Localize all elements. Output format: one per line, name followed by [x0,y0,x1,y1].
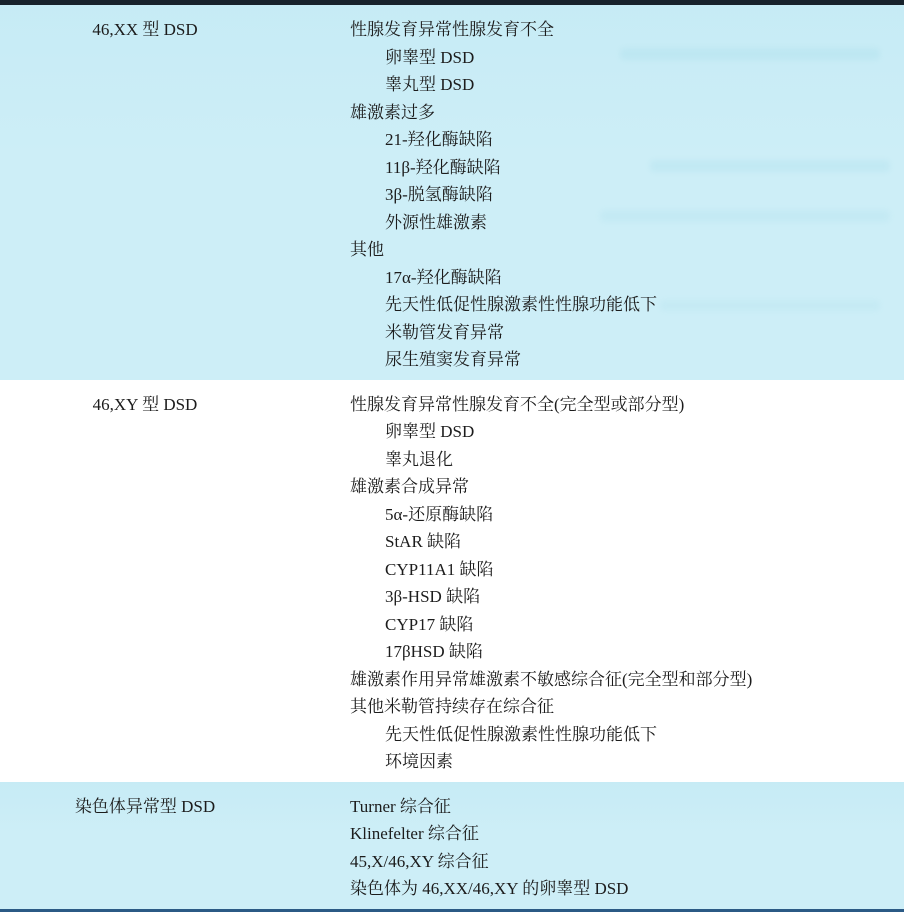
classification-item: 先天性低促性腺激素性性腺功能低下 [350,721,904,749]
dsd-classification-table: 46,XX 型 DSD性腺发育异常性腺发育不全卵睾型 DSD睾丸型 DSD雄激素… [0,5,904,909]
classification-item: 17α-羟化酶缺陷 [350,264,904,292]
classification-item: 性腺发育异常性腺发育不全 [350,16,904,44]
classification-item: 睾丸型 DSD [350,71,904,99]
classification-item: 雄激素过多 [350,99,904,127]
classification-item: 睾丸退化 [350,446,904,474]
category-label: 46,XY 型 DSD [0,391,290,419]
category-label: 46,XX 型 DSD [0,16,290,44]
classification-item: 其他 [350,236,904,264]
table-row: 染色体异常型 DSDTurner 综合征Klinefelter 综合征45,X/… [0,782,904,909]
classification-item: 45,X/46,XY 综合征 [350,848,904,876]
classification-item: 米勒管发育异常 [350,319,904,347]
classification-item: 11β-羟化酶缺陷 [350,154,904,182]
classification-item: 卵睾型 DSD [350,44,904,72]
classification-item: 5α-还原酶缺陷 [350,501,904,529]
classification-item: 其他米勒管持续存在综合征 [350,693,904,721]
classification-item: 染色体为 46,XX/46,XY 的卵睾型 DSD [350,875,904,903]
classification-item: CYP11A1 缺陷 [350,556,904,584]
classification-item: CYP17 缺陷 [350,611,904,639]
table-row: 46,XY 型 DSD性腺发育异常性腺发育不全(完全型或部分型)卵睾型 DSD睾… [0,380,904,782]
classification-item: 环境因素 [350,748,904,776]
classification-item: 性腺发育异常性腺发育不全(完全型或部分型) [350,391,904,419]
classification-item: Klinefelter 综合征 [350,820,904,848]
classification-item: StAR 缺陷 [350,528,904,556]
classification-items: 性腺发育异常性腺发育不全卵睾型 DSD睾丸型 DSD雄激素过多21-羟化酶缺陷1… [350,16,904,374]
scanned-book-page: 46,XX 型 DSD性腺发育异常性腺发育不全卵睾型 DSD睾丸型 DSD雄激素… [0,0,904,919]
classification-item: 尿生殖窦发育异常 [350,346,904,374]
table-bottom-rule [0,909,904,912]
classification-item: 雄激素合成异常 [350,473,904,501]
classification-item: 卵睾型 DSD [350,418,904,446]
category-cell: 46,XX 型 DSD [0,16,350,44]
classification-item: 17βHSD 缺陷 [350,638,904,666]
category-cell: 染色体异常型 DSD [0,793,350,821]
classification-items: 性腺发育异常性腺发育不全(完全型或部分型)卵睾型 DSD睾丸退化雄激素合成异常5… [350,391,904,776]
table-row: 46,XX 型 DSD性腺发育异常性腺发育不全卵睾型 DSD睾丸型 DSD雄激素… [0,5,904,380]
category-cell: 46,XY 型 DSD [0,391,350,419]
classification-item: 3β-脱氢酶缺陷 [350,181,904,209]
category-label: 染色体异常型 DSD [0,793,290,821]
classification-item: 21-羟化酶缺陷 [350,126,904,154]
classification-item: 先天性低促性腺激素性性腺功能低下 [350,291,904,319]
classification-item: 雄激素作用异常雄激素不敏感综合征(完全型和部分型) [350,666,904,694]
classification-item: Turner 综合征 [350,793,904,821]
classification-items: Turner 综合征Klinefelter 综合征45,X/46,XY 综合征染… [350,793,904,903]
classification-item: 外源性雄激素 [350,209,904,237]
classification-item: 3β-HSD 缺陷 [350,583,904,611]
